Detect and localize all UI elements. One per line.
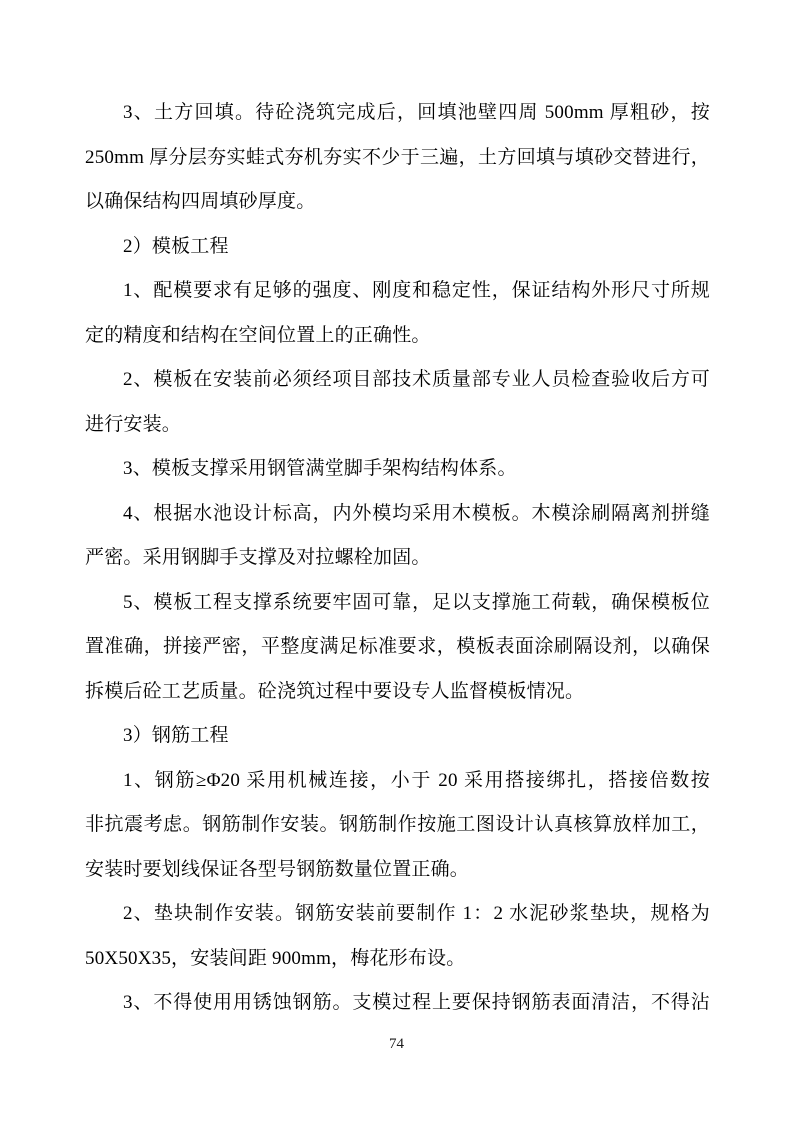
paragraph: 3、土方回填。待砼浇筑完成后，回填池壁四周 500mm 厚粗砂，按250mm 厚… [85, 91, 710, 225]
paragraph: 1、钢筋≥Φ20 采用机械连接，小于 20 采用搭接绑扎，搭接倍数按非抗震考虑。… [85, 759, 710, 893]
paragraph: 2、垫块制作安装。钢筋安装前要制作 1：2 水泥砂浆垫块，规格为50X50X35… [85, 892, 710, 981]
paragraph: 2、模板在安装前必须经项目部技术质量部专业人员检查验收后方可进行安装。 [85, 358, 710, 447]
paragraph: 1、配模要求有足够的强度、刚度和稳定性，保证结构外形尺寸所规定的精度和结构在空间… [85, 269, 710, 358]
document-body: 3、土方回填。待砼浇筑完成后，回填池壁四周 500mm 厚粗砂，按250mm 厚… [85, 91, 710, 1026]
paragraph: 3）钢筋工程 [85, 714, 710, 759]
text-line: 250mm 厚分层夯实蛙式夯机夯实不少于三遍，土方回填与填砂交替进行， [85, 136, 710, 181]
text-line: 2）模板工程 [85, 225, 710, 270]
text-line: 1、钢筋≥Φ20 采用机械连接，小于 20 采用搭接绑扎，搭接倍数按 [85, 759, 710, 804]
paragraph: 4、根据水池设计标高，内外模均采用木模板。木模涂刷隔离剂拼缝严密。采用钢脚手支撑… [85, 492, 710, 581]
document-page: 3、土方回填。待砼浇筑完成后，回填池壁四周 500mm 厚粗砂，按250mm 厚… [0, 0, 793, 1122]
paragraph: 3、模板支撑采用钢管满堂脚手架构结构体系。 [85, 447, 710, 492]
text-line: 以确保结构四周填砂厚度。 [85, 180, 710, 225]
text-line: 4、根据水池设计标高，内外模均采用木模板。木模涂刷隔离剂拼缝 [85, 492, 710, 537]
text-line: 2、模板在安装前必须经项目部技术质量部专业人员检查验收后方可 [85, 358, 710, 403]
text-line: 50X50X35，安装间距 900mm，梅花形布设。 [85, 937, 710, 982]
text-line: 2、垫块制作安装。钢筋安装前要制作 1：2 水泥砂浆垫块，规格为 [85, 892, 710, 937]
text-line: 非抗震考虑。钢筋制作安装。钢筋制作按施工图设计认真核算放样加工， [85, 803, 710, 848]
page-number: 74 [0, 1034, 793, 1054]
text-line: 安装时要划线保证各型号钢筋数量位置正确。 [85, 848, 710, 893]
text-line: 5、模板工程支撑系统要牢固可靠，足以支撑施工荷载，确保模板位 [85, 581, 710, 626]
text-line: 3、模板支撑采用钢管满堂脚手架构结构体系。 [85, 447, 710, 492]
text-line: 置准确，拼接严密，平整度满足标准要求，模板表面涂刷隔设剂，以确保 [85, 625, 710, 670]
paragraph: 3、不得使用用锈蚀钢筋。支模过程上要保持钢筋表面清洁，不得沾 [85, 981, 710, 1026]
paragraph: 5、模板工程支撑系统要牢固可靠，足以支撑施工荷载，确保模板位置准确，拼接严密，平… [85, 581, 710, 715]
text-line: 定的精度和结构在空间位置上的正确性。 [85, 314, 710, 359]
text-line: 3、不得使用用锈蚀钢筋。支模过程上要保持钢筋表面清洁，不得沾 [85, 981, 710, 1026]
text-line: 进行安装。 [85, 403, 710, 448]
text-line: 1、配模要求有足够的强度、刚度和稳定性，保证结构外形尺寸所规 [85, 269, 710, 314]
text-line: 拆模后砼工艺质量。砼浇筑过程中要设专人监督模板情况。 [85, 670, 710, 715]
text-line: 严密。采用钢脚手支撑及对拉螺栓加固。 [85, 536, 710, 581]
text-line: 3）钢筋工程 [85, 714, 710, 759]
paragraph: 2）模板工程 [85, 225, 710, 270]
text-line: 3、土方回填。待砼浇筑完成后，回填池壁四周 500mm 厚粗砂，按 [85, 91, 710, 136]
